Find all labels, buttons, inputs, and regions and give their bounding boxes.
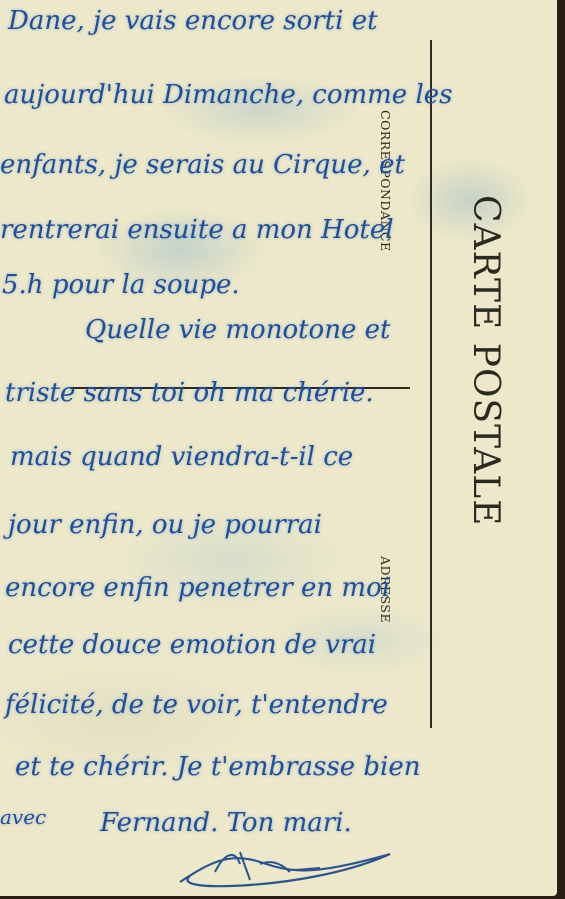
vertical-divider [430,40,432,728]
handwriting-line: Dane, je vais encore sorti et [8,6,378,36]
handwriting-line: et te chérir. Je t'embrasse bien [15,752,420,782]
handwriting-line: 5.h pour la soupe. [2,270,240,300]
handwriting-line: cette douce emotion de vrai [8,630,376,660]
handwriting-line: enfants, je serais au Cirque, et [0,150,405,180]
signature-flourish: F. Bats [170,842,400,892]
handwriting-line: rentrerai ensuite a mon Hotel [0,215,394,245]
carte-postale-title: CARTE POSTALE [465,195,506,526]
handwriting-line: mais quand viendra-t-il ce [10,442,353,472]
handwriting-line: Fernand. Ton mari. [100,808,352,838]
handwriting-line: aujourd'hui Dimanche, comme les [4,80,453,110]
handwriting-line: félicité, de te voir, t'entendre [5,690,388,720]
handwriting-line: encore enfin penetrer en moi [5,573,390,603]
postcard-back: CORRESPONDANCE ADRESSE CARTE POSTALE Dan… [0,0,557,896]
handwriting-line: Quelle vie monotone et [85,315,390,345]
handwriting-line: avec [0,805,46,829]
handwriting-line: triste sans toi oh ma chérie. [5,378,374,408]
handwriting-line: jour enfin, ou je pourrai [8,510,322,540]
